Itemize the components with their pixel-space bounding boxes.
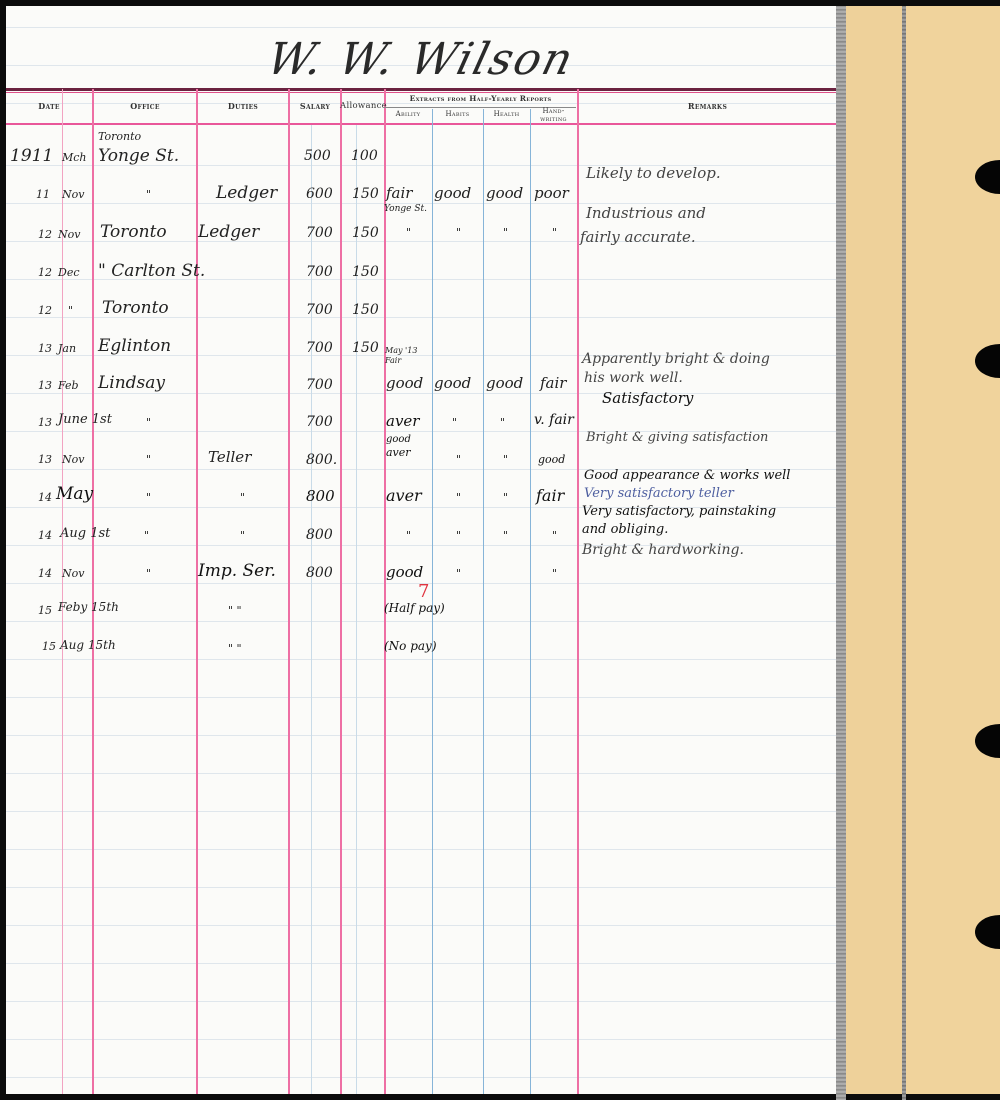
binder-tab bbox=[846, 6, 902, 1094]
entry-ability: (No pay) bbox=[384, 639, 437, 653]
entry-month: Nov bbox=[62, 453, 84, 466]
entry-year: 14 bbox=[38, 529, 52, 542]
entry-office-note: Toronto bbox=[98, 130, 141, 143]
remark-line: Bright & giving satisfaction bbox=[586, 430, 768, 445]
rule-duties-salary bbox=[288, 89, 290, 1094]
red-correction-mark: 7 bbox=[418, 581, 429, 602]
entry-duties: " bbox=[240, 491, 245, 504]
entry-health: good bbox=[486, 374, 523, 392]
rule-handwriting-remarks bbox=[577, 89, 579, 1094]
entry-year: 15 bbox=[38, 604, 52, 617]
entry-ability: aver bbox=[386, 412, 419, 430]
entry-office: " bbox=[146, 453, 151, 466]
remark-line: fairly accurate. bbox=[580, 228, 696, 246]
entry-year: 12 bbox=[38, 266, 52, 279]
entry-salary: 700 bbox=[306, 377, 333, 393]
remark-line: his work well. bbox=[584, 370, 683, 386]
entry-health: " bbox=[503, 226, 508, 239]
entry-duties: " " bbox=[228, 604, 242, 617]
entry-handwriting: good bbox=[538, 453, 565, 466]
entry-year: 12 bbox=[38, 228, 52, 241]
entry-ability-note: Yonge St. bbox=[384, 204, 427, 214]
entry-habits: " bbox=[456, 567, 461, 580]
entry-month: Dec bbox=[58, 266, 80, 279]
entry-salary: 700 bbox=[306, 264, 333, 280]
entry-month: Aug 1st bbox=[60, 526, 110, 541]
entry-handwriting: " bbox=[552, 529, 557, 542]
entry-duties: Teller bbox=[208, 448, 251, 466]
col-header-ability: Ability bbox=[384, 110, 432, 118]
entry-handwriting: fair bbox=[540, 374, 566, 392]
ledger-page: W. W. Wilson Date Office Duties Salary A… bbox=[6, 6, 836, 1094]
remark-line: Very satisfactory, painstaking bbox=[582, 504, 776, 519]
entry-salary: 800. bbox=[306, 452, 337, 468]
entry-year: 14 bbox=[38, 567, 52, 580]
entry-ability: aver bbox=[386, 486, 422, 505]
entry-month: Nov bbox=[58, 228, 80, 241]
entry-office: " bbox=[144, 529, 149, 542]
header-rule-bottom bbox=[6, 123, 836, 125]
col-header-health: Health bbox=[483, 110, 530, 118]
entry-ability: " bbox=[406, 226, 411, 239]
entry-salary: 700 bbox=[306, 302, 333, 318]
entry-year: 1911 bbox=[10, 146, 53, 166]
entry-ability: " bbox=[406, 529, 411, 542]
entry-month: Jan bbox=[58, 342, 76, 355]
col-header-office: Office bbox=[94, 101, 196, 111]
entry-health: " bbox=[503, 491, 508, 504]
entry-salary: 700 bbox=[306, 414, 333, 430]
entry-month: Feb bbox=[58, 379, 79, 392]
entry-year: 11 bbox=[36, 188, 50, 201]
entry-salary: 700 bbox=[306, 340, 333, 356]
entry-duties: Ledger bbox=[216, 183, 277, 203]
entry-health: " bbox=[500, 416, 505, 429]
entry-year: 12 bbox=[38, 304, 52, 317]
entry-year: 13 bbox=[38, 342, 52, 355]
header-rule-top-accent bbox=[6, 92, 836, 93]
entry-year: 13 bbox=[38, 453, 52, 466]
entry-habits: good bbox=[434, 184, 471, 202]
entry-allowance: 150 bbox=[352, 186, 379, 202]
entry-handwriting: v. fair bbox=[534, 412, 574, 428]
remark-line: Apparently bright & doing bbox=[582, 351, 770, 367]
col-header-allowance: Allowance bbox=[340, 101, 384, 111]
entry-ability: fair bbox=[386, 184, 412, 202]
col-header-salary: Salary bbox=[290, 101, 340, 111]
col-header-remarks: Remarks bbox=[579, 101, 836, 111]
remark-line: Satisfactory bbox=[602, 389, 693, 407]
entry-month: Aug 15th bbox=[60, 638, 116, 652]
entry-office: Lindsay bbox=[98, 373, 165, 393]
entry-health: " bbox=[503, 529, 508, 542]
entry-handwriting: " bbox=[552, 567, 557, 580]
entry-health: " bbox=[503, 453, 508, 466]
page-edge bbox=[836, 6, 846, 1100]
rule-health-handwriting bbox=[530, 109, 531, 1094]
entry-allowance: 150 bbox=[352, 264, 379, 280]
entry-allowance: 150 bbox=[352, 340, 379, 356]
entry-month: Mch bbox=[62, 151, 87, 164]
entry-office: " Carlton St. bbox=[98, 261, 205, 281]
entry-habits: good bbox=[434, 374, 471, 392]
entry-salary: 800 bbox=[306, 527, 333, 543]
remark-line: Likely to develop. bbox=[586, 164, 721, 182]
entry-salary: 800 bbox=[306, 565, 333, 581]
entry-month: Nov bbox=[62, 188, 84, 201]
employee-name: W. W. Wilson bbox=[0, 34, 842, 85]
entry-duties: Ledger bbox=[198, 222, 259, 242]
entry-health: good bbox=[486, 184, 523, 202]
remark-line: Bright & hardworking. bbox=[582, 542, 744, 558]
col-header-extracts: Extracts from Half-Yearly Reports bbox=[384, 94, 577, 103]
entry-ability-note: good bbox=[386, 434, 411, 445]
entry-office: Yonge St. bbox=[98, 146, 179, 166]
entry-habits: " bbox=[452, 416, 457, 429]
col-header-handwriting: Hand-writing bbox=[530, 107, 577, 123]
remark-line: Industrious and bbox=[586, 204, 706, 222]
entry-ability: good bbox=[386, 374, 423, 392]
entry-year: 13 bbox=[38, 416, 52, 429]
entry-ability-note: May '13 Fair bbox=[385, 346, 425, 366]
entry-handwriting: " bbox=[552, 226, 557, 239]
entry-year: 13 bbox=[38, 379, 52, 392]
entry-office: " bbox=[146, 416, 151, 429]
entry-month: May bbox=[56, 484, 93, 504]
remark-line: Good appearance & works well bbox=[584, 468, 790, 483]
entry-habits: " bbox=[456, 529, 461, 542]
entry-salary: 500 bbox=[304, 148, 331, 164]
entry-ability: (Half pay) bbox=[384, 601, 445, 615]
col-header-duties: Duties bbox=[198, 101, 288, 111]
header-rule-top bbox=[6, 88, 836, 91]
entry-habits: " bbox=[456, 453, 461, 466]
entry-month: June 1st bbox=[58, 412, 112, 427]
entry-duties: " bbox=[240, 529, 245, 542]
entry-ability: aver bbox=[386, 446, 411, 459]
remark-line: and obliging. bbox=[582, 522, 668, 537]
rule-date-office bbox=[92, 89, 94, 1094]
rule-habits-health bbox=[483, 109, 484, 1094]
entry-salary: 700 bbox=[306, 225, 333, 241]
entry-year: 14 bbox=[38, 491, 52, 504]
entry-habits: " bbox=[456, 491, 461, 504]
rule-allowance-ability bbox=[384, 89, 386, 1094]
entry-habits: " bbox=[456, 226, 461, 239]
entry-office: Toronto bbox=[102, 298, 169, 318]
entry-ability: good bbox=[386, 563, 423, 581]
entry-salary: 800 bbox=[306, 487, 335, 505]
entry-month: Nov bbox=[62, 567, 84, 580]
entry-salary: 600 bbox=[306, 186, 333, 202]
col-header-habits: Habits bbox=[432, 110, 483, 118]
entry-office: " bbox=[146, 188, 151, 201]
entry-allowance: 150 bbox=[352, 225, 379, 241]
entry-duties: " " bbox=[228, 642, 242, 655]
entry-year: 15 bbox=[42, 640, 56, 653]
entry-month: Feby 15th bbox=[58, 600, 119, 614]
entry-duties: Imp. Ser. bbox=[198, 561, 276, 581]
col-header-date: Date bbox=[6, 101, 92, 111]
entry-month: " bbox=[68, 304, 73, 317]
entry-office: " bbox=[146, 491, 151, 504]
entry-office: Toronto bbox=[100, 222, 167, 242]
entry-handwriting: poor bbox=[534, 184, 569, 202]
entry-allowance: 100 bbox=[351, 148, 378, 164]
entry-handwriting: fair bbox=[536, 486, 564, 505]
entry-office: " bbox=[146, 567, 151, 580]
rule-salary-allowance bbox=[340, 89, 342, 1094]
remark-line: Very satisfactory teller bbox=[584, 486, 734, 501]
entry-allowance: 150 bbox=[352, 302, 379, 318]
entry-office: Eglinton bbox=[98, 336, 171, 356]
